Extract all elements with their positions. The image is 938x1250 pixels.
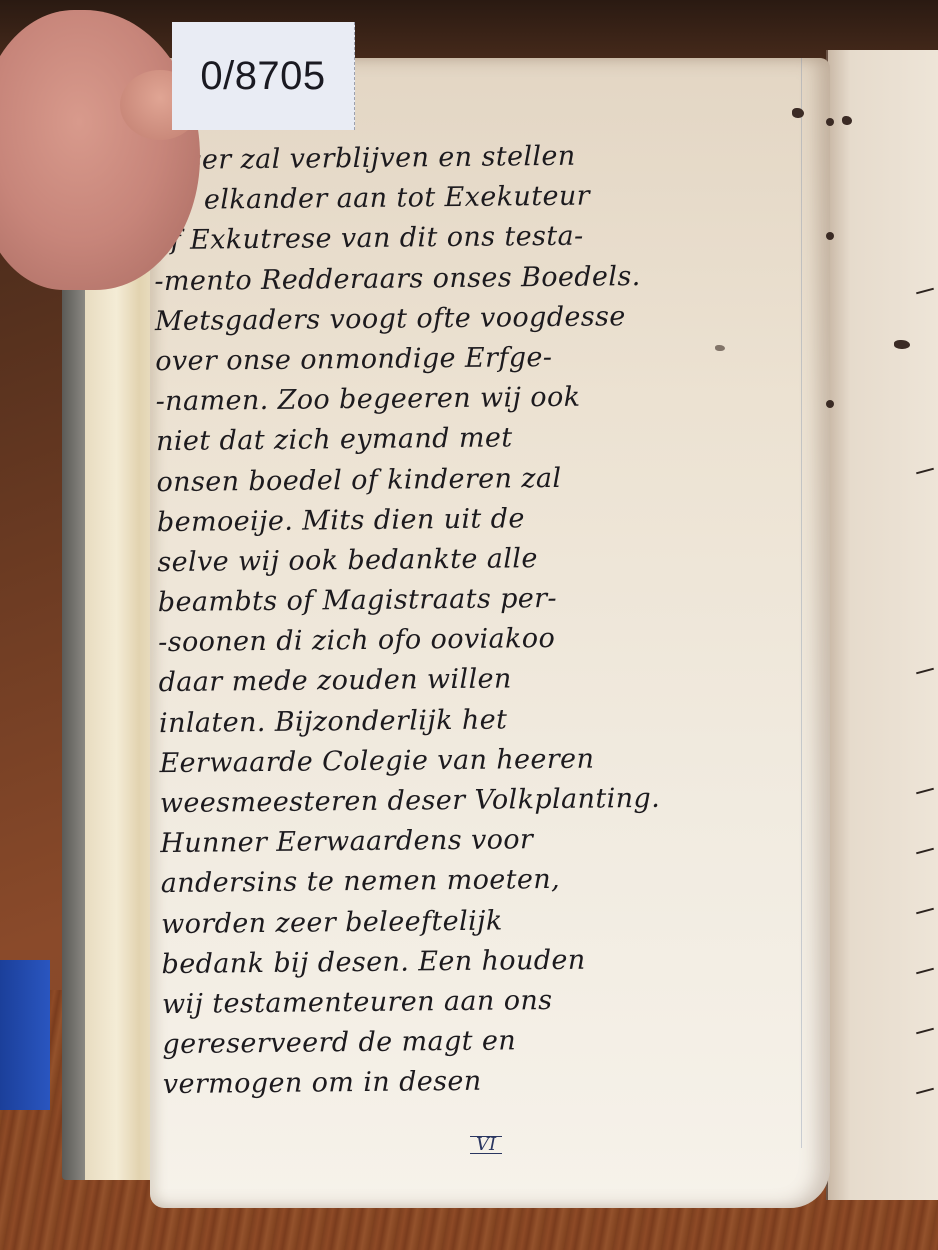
text-line: Hunner Eerwaardens voor [160,818,750,864]
text-line: weesmeesteren deser Volkplanting. [160,778,750,824]
text-line: worden zeer beleeftelijk [161,898,751,944]
text-line: -namen. Zoo begeeren wij ook [155,376,745,422]
binding-stitch-hole [826,232,834,240]
text-line: inlaten. Bijzonderlijk het [159,698,749,744]
text-line: andersins te nemen moeten, [161,858,751,904]
text-line: Metsgaders voogt ofte voogdesse [155,296,745,342]
text-line: over onse onmondige Erfge- [155,336,745,382]
page-number: VI [470,1136,502,1154]
binding-stitch-hole [826,118,834,126]
text-line: wij elkander aan tot Exekuteur [153,175,743,221]
text-line: -soonen di zich ofo ooviakoo [158,617,748,663]
text-line: gereserveerd de magt en [162,1019,752,1065]
worm-hole [894,340,910,349]
text-line: bedank bij desen. Een houden [161,939,751,985]
text-line: bemoeije. Mits dien uit de [157,497,747,543]
text-line: onsen boedel of kinderen zal [156,456,746,502]
text-line: Eerwaarde Colegie van heeren [159,738,749,784]
text-line: onser zal verblijven en stellen [153,135,743,181]
text-line: vermogen om in desen [163,1059,753,1105]
catalog-number-label: 0/8705 [172,22,355,130]
worm-hole [792,108,804,118]
text-line: beambts of Magistraats per- [158,577,748,623]
text-line: niet dat zich eymand met [156,416,746,462]
text-line: wij testamenteuren aan ons [162,979,752,1025]
text-line: selve wij ook bedankte alle [157,537,747,583]
text-line: daar mede zouden willen [158,657,748,703]
margin-rule [801,58,802,1148]
photo-scene: onser zal verblijven en stellen wij elka… [0,0,938,1250]
right-page [826,50,938,1200]
handwritten-text: onser zal verblijven en stellen wij elka… [153,135,753,1106]
blue-fabric [0,960,50,1110]
text-line: of Exkutrese van dit ons testa- [154,215,744,261]
text-line: -mento Redderaars onses Boedels. [154,255,744,301]
worm-hole [842,116,852,125]
binding-stitch-hole [826,400,834,408]
